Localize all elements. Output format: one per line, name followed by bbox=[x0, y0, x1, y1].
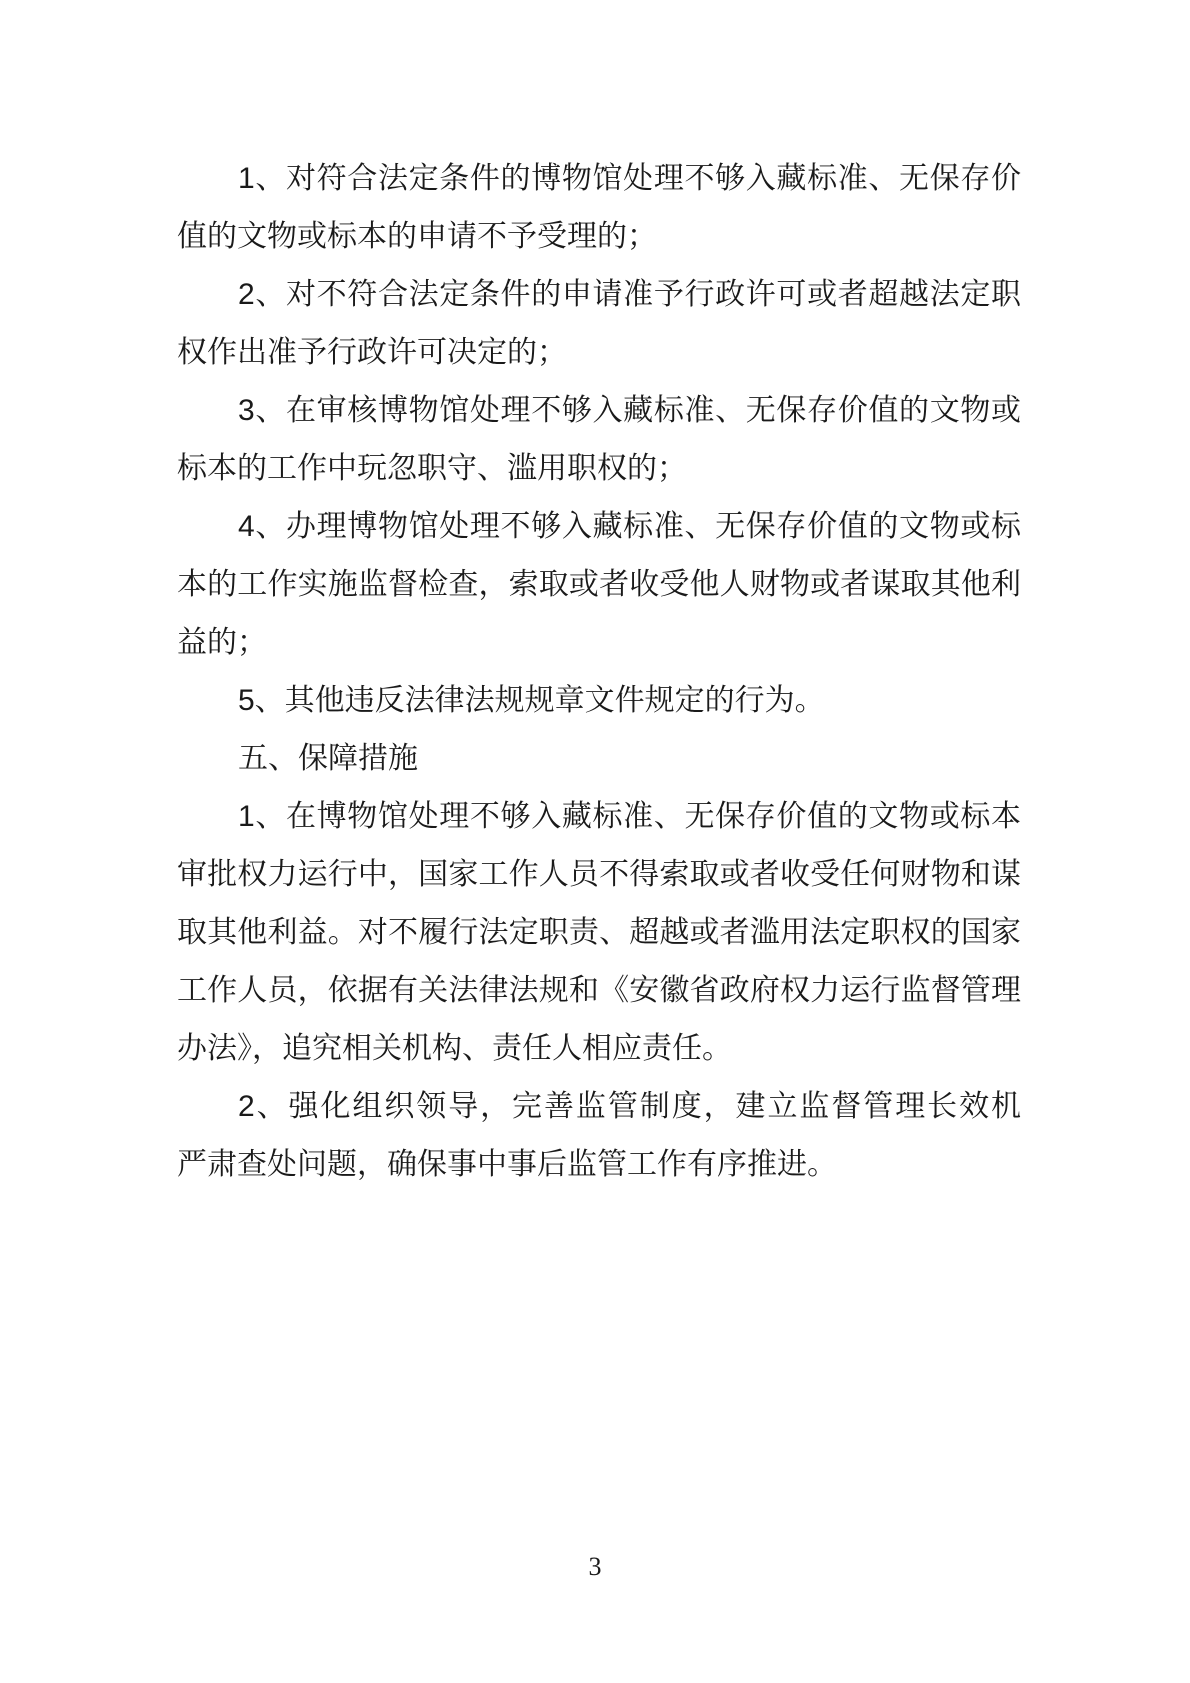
text-line: 五、保障措施 bbox=[177, 730, 1021, 788]
text-line: 标本的工作中玩忽职守、滥用职权的； bbox=[177, 440, 1021, 498]
text-line: 2、对不符合法定条件的申请准予行政许可或者超越法定职 bbox=[177, 266, 1021, 324]
text-line: 5、其他违反法律法规规章文件规定的行为。 bbox=[177, 672, 1021, 730]
text-line: 工作人员，依据有关法律法规和《安徽省政府权力运行监督管理 bbox=[177, 962, 1021, 1020]
text-line: 1、对符合法定条件的博物馆处理不够入藏标准、无保存价 bbox=[177, 150, 1021, 208]
text-line: 严肃查处问题，确保事中事后监管工作有序推进。 bbox=[177, 1136, 1021, 1194]
text-line: 权作出准予行政许可决定的； bbox=[177, 324, 1021, 382]
text-line: 2、强化组织领导，完善监管制度，建立监督管理长效机制， bbox=[177, 1078, 1021, 1136]
page-number: 3 bbox=[0, 1552, 1190, 1582]
text-line: 本的工作实施监督检查，索取或者收受他人财物或者谋取其他利 bbox=[177, 556, 1021, 614]
text-line: 办法》，追究相关机构、责任人相应责任。 bbox=[177, 1020, 1021, 1078]
text-line: 取其他利益。对不履行法定职责、超越或者滥用法定职权的国家 bbox=[177, 904, 1021, 962]
text-line: 3、在审核博物馆处理不够入藏标准、无保存价值的文物或 bbox=[177, 382, 1021, 440]
text-line: 益的； bbox=[177, 614, 1021, 672]
document-body: 1、对符合法定条件的博物馆处理不够入藏标准、无保存价值的文物或标本的申请不予受理… bbox=[177, 150, 1021, 1194]
text-line: 4、办理博物馆处理不够入藏标准、无保存价值的文物或标 bbox=[177, 498, 1021, 556]
document-page: 1、对符合法定条件的博物馆处理不够入藏标准、无保存价值的文物或标本的申请不予受理… bbox=[0, 0, 1190, 1683]
text-line: 1、在博物馆处理不够入藏标准、无保存价值的文物或标本 bbox=[177, 788, 1021, 846]
text-line: 审批权力运行中，国家工作人员不得索取或者收受任何财物和谋 bbox=[177, 846, 1021, 904]
text-line: 值的文物或标本的申请不予受理的； bbox=[177, 208, 1021, 266]
